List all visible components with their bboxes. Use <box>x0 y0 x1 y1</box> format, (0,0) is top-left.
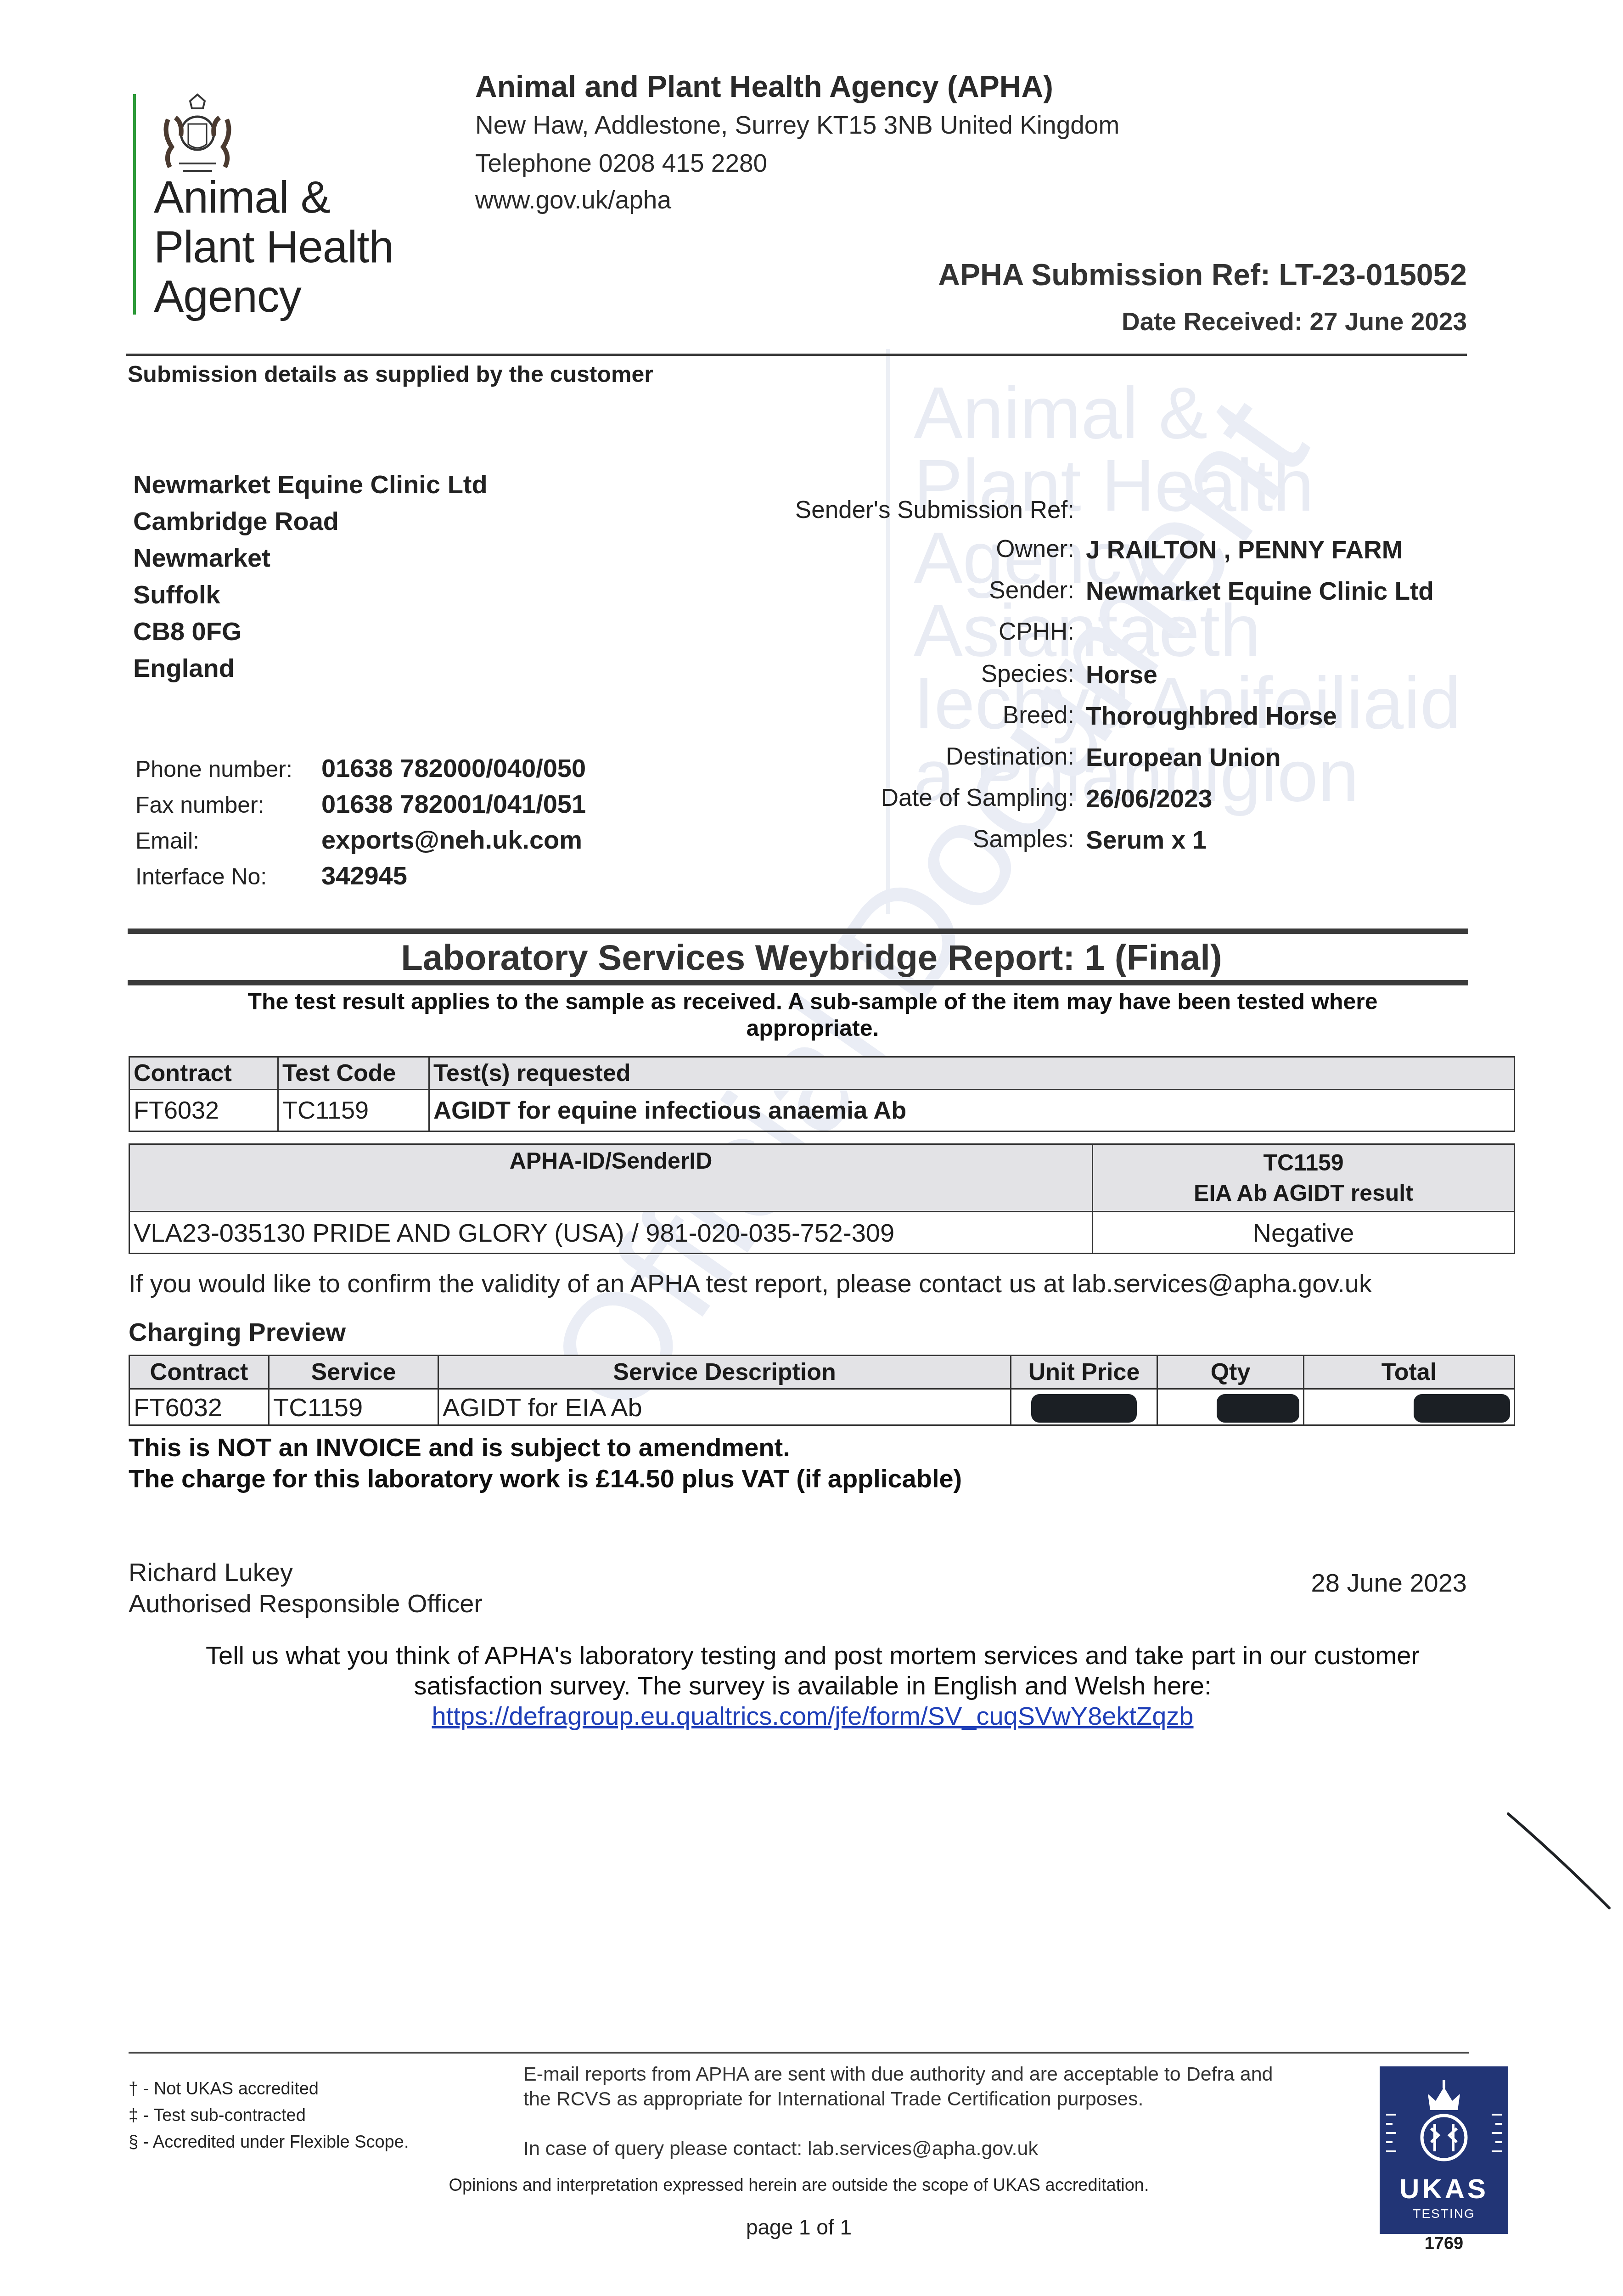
detail-senders-ref: Sender's Submission Ref: <box>0 496 1623 528</box>
detail-cphh: CPHH: <box>0 618 1623 650</box>
col-tests-requested: Test(s) requested <box>429 1057 1515 1090</box>
survey-note: Tell us what you think of APHA's laborat… <box>138 1640 1488 1731</box>
unit-price-redacted <box>1011 1389 1157 1425</box>
org-name: Animal and Plant Health Agency (APHA) <box>475 69 1053 104</box>
detail-species: Species:Horse <box>0 660 1623 692</box>
org-website[interactable]: www.gov.uk/apha <box>475 185 671 214</box>
detail-sender: Sender:Newmarket Equine Clinic Ltd <box>0 576 1623 608</box>
charging-title: Charging Preview <box>129 1317 346 1347</box>
pen-stroke-mark <box>1501 1805 1616 1915</box>
date-received: Date Received: 27 June 2023 <box>1122 307 1467 336</box>
qty-redacted <box>1157 1389 1304 1425</box>
table-row: FT6032 TC1159 AGIDT for equine infectiou… <box>129 1090 1515 1131</box>
email-note: E-mail reports from APHA are sent with d… <box>523 2062 1304 2111</box>
report-disclaimer: The test result applies to the sample as… <box>193 988 1432 1041</box>
logo-green-bar <box>133 94 136 315</box>
detail-date-of-sampling: Date of Sampling:26/06/2023 <box>0 784 1623 816</box>
logo-wordmark: Animal & Plant Health Agency <box>154 172 393 321</box>
title-rule-bottom <box>128 980 1468 985</box>
ukas-crown-icon <box>1380 2066 1508 2172</box>
contact-interface-no: Interface No:342945 <box>135 861 407 890</box>
signatory-name: Richard Lukey <box>129 1557 483 1588</box>
col-apha-id: APHA-ID/SenderID <box>129 1144 1093 1212</box>
org-address: New Haw, Addlestone, Surrey KT15 3NB Uni… <box>475 110 1119 140</box>
ukas-testing-badge: UKAS TESTING <box>1380 2066 1508 2234</box>
results-table: APHA-ID/SenderID TC1159 EIA Ab AGIDT res… <box>129 1143 1515 1254</box>
page-number: page 1 of 1 <box>0 2215 1598 2240</box>
invoice-notice: This is NOT an INVOICE and is subject to… <box>129 1432 962 1494</box>
detail-destination: Destination:European Union <box>0 743 1623 775</box>
org-telephone: Telephone 0208 415 2280 <box>475 148 767 178</box>
validity-note: If you would like to confirm the validit… <box>129 1268 1372 1298</box>
signatory: Richard Lukey Authorised Responsible Off… <box>129 1557 483 1619</box>
submission-caption: Submission details as supplied by the cu… <box>128 361 653 388</box>
detail-owner: Owner:J RAILTON , PENNY FARM <box>0 535 1623 567</box>
sign-date: 28 June 2023 <box>1311 1568 1467 1598</box>
survey-link[interactable]: https://defragroup.eu.qualtrics.com/jfe/… <box>432 1701 1193 1730</box>
table-row: VLA23-035130 PRIDE AND GLORY (USA) / 981… <box>129 1212 1515 1254</box>
detail-breed: Breed:Thoroughbred Horse <box>0 701 1623 733</box>
col-test-code: Test Code <box>278 1057 429 1090</box>
charging-table: Contract Service Service Description Uni… <box>129 1355 1515 1426</box>
title-rule-top <box>128 929 1468 934</box>
col-contract: Contract <box>129 1057 278 1090</box>
ukas-accreditation-number: 1769 <box>1380 2234 1508 2254</box>
footer-divider <box>129 2052 1469 2054</box>
accreditation-legend: † - Not UKAS accredited ‡ - Test sub-con… <box>129 2076 409 2155</box>
query-contact: In case of query please contact: lab.ser… <box>523 2138 1038 2160</box>
result-value: Negative <box>1093 1212 1515 1254</box>
table-row: FT6032 TC1159 AGIDT for EIA Ab <box>129 1389 1515 1425</box>
detail-samples: Samples:Serum x 1 <box>0 825 1623 857</box>
signatory-role: Authorised Responsible Officer <box>129 1588 483 1619</box>
col-result: TC1159 EIA Ab AGIDT result <box>1093 1144 1515 1212</box>
submission-ref: APHA Submission Ref: LT-23-015052 <box>938 257 1467 292</box>
total-redacted <box>1304 1389 1515 1425</box>
report-title: Laboratory Services Weybridge Report: 1 … <box>0 937 1623 979</box>
header-divider <box>126 354 1467 356</box>
tests-requested-table: Contract Test Code Test(s) requested FT6… <box>129 1056 1515 1132</box>
royal-crest-icon <box>152 92 243 184</box>
ukas-opinions-note: Opinions and interpretation expressed he… <box>0 2176 1598 2195</box>
